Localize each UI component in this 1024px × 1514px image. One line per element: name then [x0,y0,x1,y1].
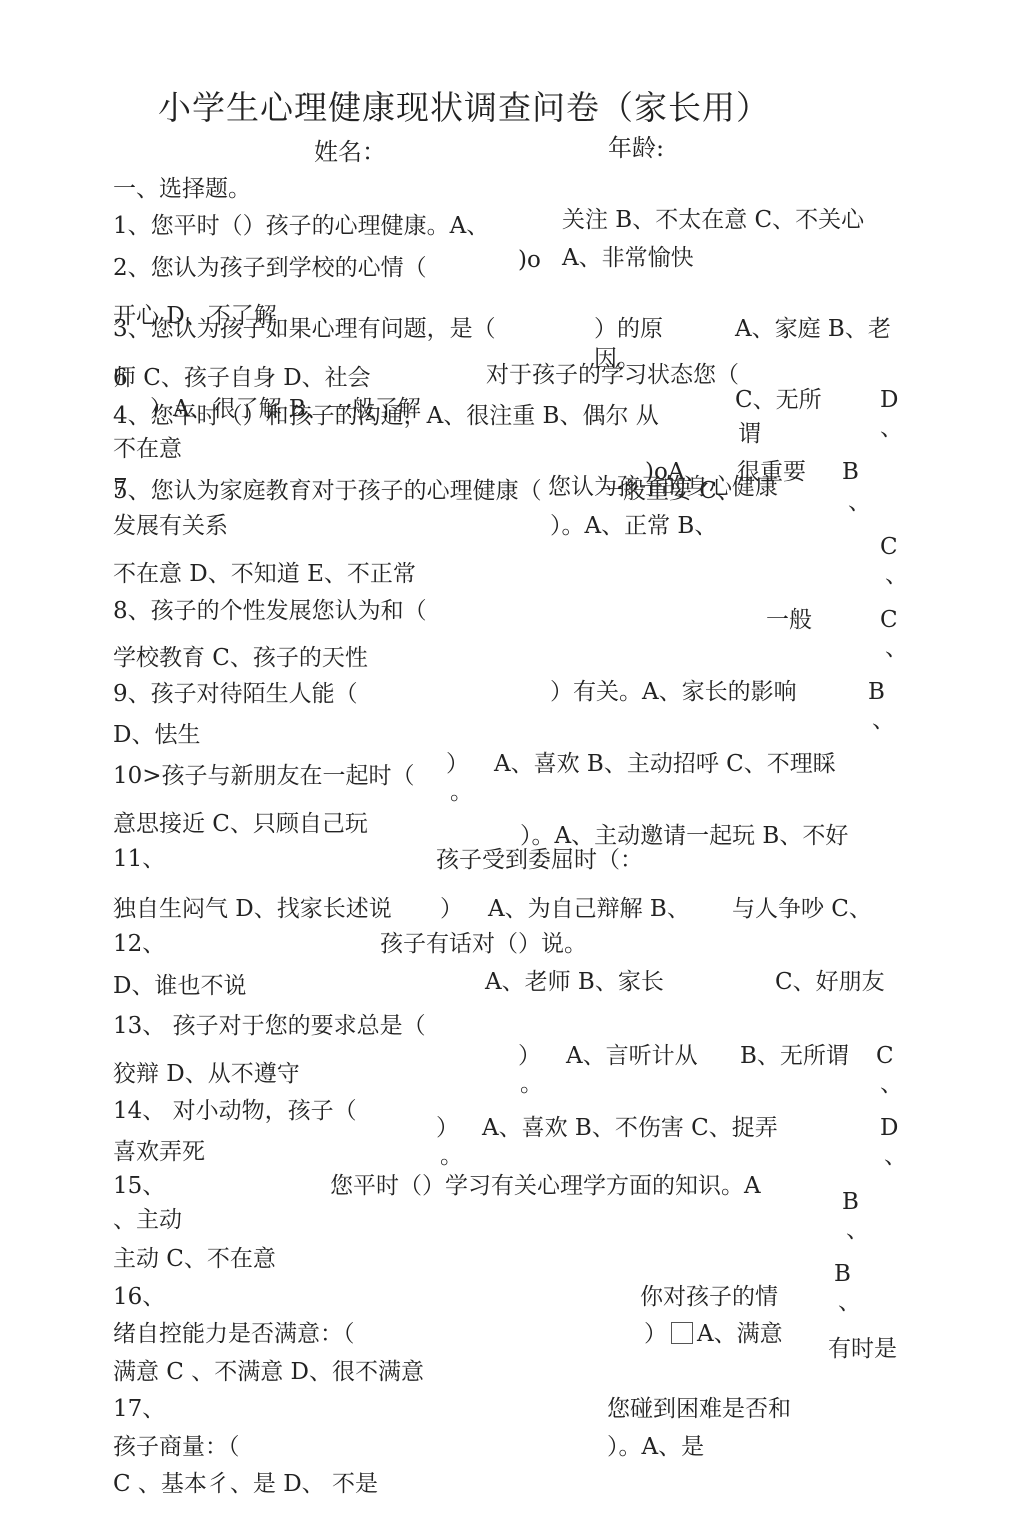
text-fragment-q5-over2: 一般重要 C、 [600,477,740,505]
text-fragment-q12-num: 12、 [113,930,165,958]
answer-checkbox[interactable] [671,1322,693,1344]
text-fragment-q9-opt-b: B [868,678,885,706]
text-fragment-q5: 5、您认为家庭教育对于孩子的心理健康（ [113,477,542,505]
text-fragment-q14-close: ） [436,1114,459,1142]
text-fragment-q3-close: ）的原 [594,315,663,343]
text-fragment-q8: 8、孩子的个性发展您认为和（ [113,597,427,625]
text-fragment-q5-cont2: ）。A、正常 B、 [550,512,717,540]
text-fragment-q10-dot: 。 [450,778,473,806]
text-fragment-q6-opt-c2: 谓 [738,420,761,448]
text-fragment-q13-cont: 狡辩 D、从不遵守 [113,1060,300,1088]
text-fragment-q9-close: ）有关。A、家长的影响 [550,678,797,706]
q16-answer-line: ）A、满意 [644,1320,783,1348]
text-fragment-q14-dot: 。 [440,1142,463,1170]
text-fragment-q12: 孩子有话对（）说。 [380,930,587,958]
text-fragment-q8-opt-c-sep: 、 [885,634,908,662]
text-fragment-q2: 2、您认为孩子到学校的心情（ [113,254,427,282]
text-fragment-q15-opt-b: B [842,1188,859,1216]
text-fragment-q4-cont: 不在意 [113,435,182,463]
text-fragment-q4: 4、您平时（）和孩子的沟通，A、很注重 B、偶尔 从 [113,402,659,430]
text-fragment-q15-opt-b-sep: 、 [846,1216,869,1244]
text-fragment-q2-opts: A、非常愉快 [562,244,694,272]
text-fragment-q16: 你对孩子的情 [640,1283,778,1311]
text-fragment-q3-opts: A、家庭 B、老 [735,315,891,343]
text-fragment-q12-opt-c: C、好朋友 [775,968,885,996]
text-fragment-q14-opt-d-sep: 、 [884,1142,907,1170]
text-fragment-q5-cont: 发展有关系 [113,512,228,540]
page-title: 小学生心理健康现状调查问卷（家长用） [158,88,770,128]
text-fragment-q16-cont: 绪自控能力是否满意：（ [113,1320,355,1348]
text-fragment-q11-cont: 独自生闷气 D、找家长述说 [113,895,392,923]
text-fragment-q13-opt-c-sep: 、 [880,1070,903,1098]
text-fragment-q6-opt-d-sep: 、 [880,414,903,442]
text-fragment-q10-cont: 意思接近 C、只顾自己玩 [113,810,368,838]
text-fragment-q7-opt-c: C [880,533,898,561]
text-fragment-q7-cont: 不在意 D、不知道 E、不正常 [113,560,416,588]
text-fragment-q17-cont: 孩子商量：（ [113,1433,240,1461]
text-fragment-q15-num: 15、 [113,1172,165,1200]
text-fragment-q9-cont: D、怯生 [113,721,200,749]
text-fragment-q10-opts: A、喜欢 B、主动招呼 C、不理睬 [494,750,836,778]
text-fragment-q1-opts: 关注 B、不太在意 C、不关心 [562,206,864,234]
text-fragment-q17-opts: ）。A、是 [607,1433,704,1461]
text-fragment-q11-opts2: ） [440,895,463,923]
text-fragment-q13-close: ） [518,1042,541,1070]
text-fragment-q15-a: 、主动 [113,1206,182,1234]
text-fragment-q7-opt-b: B [842,458,859,486]
text-fragment-q7-opt-b-sep: 、 [848,488,871,516]
text-fragment-q13-opts: A、言听计从 [566,1042,698,1070]
text-fragment-q8-cont: 学校教育 C、孩子的天性 [113,644,368,672]
text-fragment-q14: 14、 对小动物，孩子（ [113,1097,357,1125]
text-fragment-q10-close: ） [446,750,469,778]
text-fragment-q1: 1、您平时（）孩子的心理健康。A、 [113,212,489,240]
text-fragment-q16-opt-b-sep: 、 [838,1288,861,1316]
text-fragment-q6-opt-c: C、无所 [735,386,822,414]
text-fragment-q17: 您碰到困难是否和 [607,1395,791,1423]
text-fragment-q16-num: 16、 [113,1283,165,1311]
text-fragment-q12-opts: A、老师 B、家长 [485,968,664,996]
text-fragment-q9-opt-b-sep: 、 [872,706,895,734]
text-fragment-q11-opts4: 与人争吵 C、 [732,895,872,923]
q16-close-paren: ） [644,1321,667,1347]
text-fragment-q10: 10>孩子与新朋友在一起时（ [113,762,415,790]
text-fragment-q6: 对于孩子的学习状态您（ [486,361,739,389]
text-fragment-q13: 13、 孩子对于您的要求总是（ [113,1012,426,1040]
name-label: 姓名： [314,138,386,166]
text-fragment-q9: 9、孩子对待陌生人能（ [113,680,358,708]
text-fragment-q11: 孩子受到委屈时（： [436,846,643,874]
text-fragment-q14-opts: A、喜欢 B、不伤害 C、捉弄 [482,1114,778,1142]
text-fragment-q17-num: 17、 [113,1395,165,1423]
text-fragment-q12-cont: D、谁也不说 [113,972,246,1000]
section-heading: 一、选择题。 [113,175,251,203]
text-fragment-q16-cont2: 满意 C 、不满意 D、很不满意 [113,1358,424,1386]
text-fragment-q14-cont: 喜欢弄死 [113,1138,205,1166]
text-fragment-q3-opts-cont: 师 C、孩子自身 D、社会 [113,364,371,392]
text-fragment-q15-cont: 主动 C、不在意 [113,1245,276,1273]
q16-option-a: A、满意 [697,1321,783,1347]
text-fragment-q13-opt-b: B、无所谓 [740,1042,849,1070]
text-fragment-q3: 3、您认为孩子如果心理有问题，是（ [113,315,496,343]
text-fragment-q11-num: 11、 [113,845,165,873]
text-fragment-q2-close: )o [518,246,541,274]
text-fragment-q8-opt: 一般 [766,606,812,634]
text-fragment-q15: 您平时（）学习有关心理学方面的知识。A [330,1172,761,1200]
questionnaire-page: 小学生心理健康现状调查问卷（家长用） 姓名： 年龄: 一、选择题。 1、您平时（… [0,0,1024,1514]
text-fragment-q16-opt-b2: 有时是 [828,1335,897,1363]
text-fragment-q7-opt-c-sep: 、 [885,561,908,589]
text-fragment-q13-dot: 。 [520,1070,543,1098]
text-fragment-q6-opt-d: D [880,386,898,414]
text-fragment-q6-num: 6 [113,364,128,392]
text-fragment-q14-opt-d: D [880,1114,898,1142]
text-fragment-q17-cont2: C 、基本彳、是 D、 不是 [113,1470,378,1498]
age-label: 年龄: [608,134,664,162]
text-fragment-q11-opts3: A、为自己辩解 B、 [488,895,690,923]
text-fragment-q16-opt-b: B [834,1260,851,1288]
text-fragment-q8-opt-c: C [880,606,898,634]
text-fragment-q13-opt-c: C [876,1042,894,1070]
